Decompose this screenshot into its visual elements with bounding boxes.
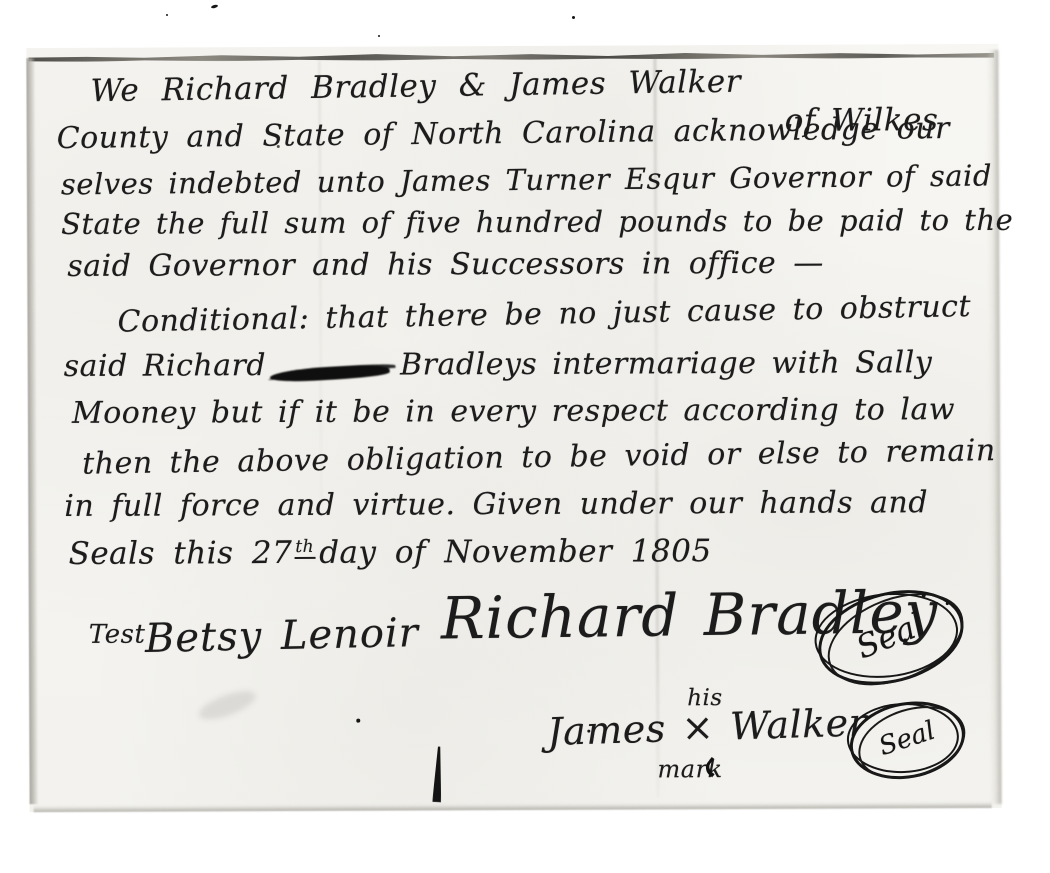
scan-speck	[378, 35, 380, 37]
bond-opening-line-3: selves indebted unto James Turner Esqur …	[61, 158, 992, 201]
ink-speck	[356, 719, 360, 723]
bond-date-post: day of November 1805	[319, 533, 712, 571]
ink-smudge	[196, 685, 259, 725]
second-signer-signature: James×Walker	[547, 700, 868, 754]
bradley-seal-text: Seal	[851, 605, 930, 667]
bond-date-pre: Seals this 27	[68, 535, 292, 572]
ink-blot-strikethrough	[270, 363, 391, 383]
scanned-document-paper: We Richard Bradley & James Walker of Wil…	[26, 44, 1001, 812]
walker-seal-text: Seal	[875, 716, 939, 762]
bond-condition-line-1: Conditional: that there be no just cause…	[117, 289, 971, 340]
ink-speck	[277, 145, 280, 148]
bond-opening-line-1: We Richard Bradley & James Walker	[90, 64, 741, 110]
ink-speck	[922, 593, 926, 597]
bond-condition-line-4: then the above obligation to be void or …	[82, 433, 996, 482]
scan-speck	[166, 14, 168, 16]
paper-bottom-edge	[34, 801, 992, 812]
bond-opening-line-2: County and State of North Carolina ackno…	[57, 111, 950, 156]
scan-speck	[211, 4, 219, 9]
signature-x-mark: ×	[681, 705, 715, 750]
bond-opening-line-4: State the full sum of five hundred pound…	[61, 203, 1013, 241]
bond-condition-line-5: in full force and virtue. Given under ou…	[64, 485, 928, 524]
ink-drip-mark	[432, 746, 444, 802]
second-signer-first-name: James	[547, 706, 667, 754]
ordinal-superscript: th	[294, 537, 315, 559]
bond-condition-line-2-post: Bradleys intermariage with Sally	[400, 345, 932, 382]
ink-speck	[587, 730, 590, 733]
scan-speck	[572, 16, 575, 19]
witness-signature: Betsy Lenoir	[144, 610, 419, 662]
bond-opening-line-5: said Governor and his Successors in offi…	[67, 246, 824, 284]
ink-speck	[946, 602, 949, 605]
bond-condition-line-2: said RichardBradleys intermariage with S…	[64, 345, 933, 384]
paper-left-edge	[26, 58, 38, 804]
paper-torn-top-edge	[28, 48, 994, 62]
bond-condition-line-3: Mooney but if it be in every respect acc…	[72, 392, 955, 431]
bond-condition-line-2-pre: said Richard	[64, 348, 267, 384]
bond-date-line: Seals this 27thday of November 1805	[68, 533, 711, 572]
attest-label: Test	[89, 620, 146, 650]
